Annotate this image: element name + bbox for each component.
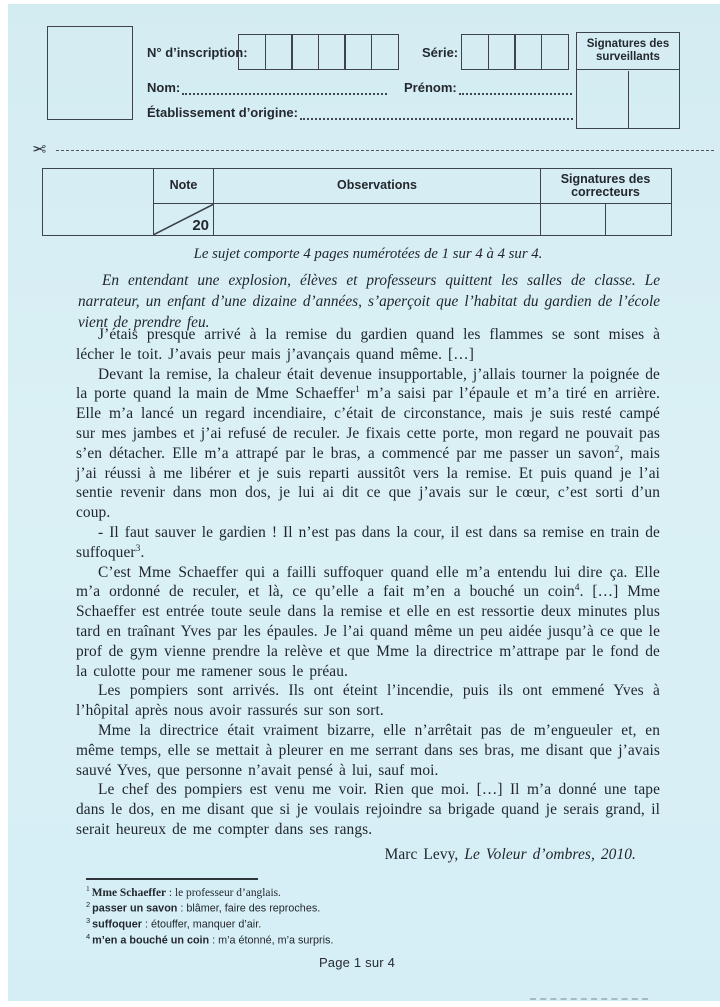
etablissement-fill-line xyxy=(300,106,573,120)
cut-dashed-line xyxy=(56,150,714,151)
correcteurs-header: Signatures des correcteurs xyxy=(540,169,671,203)
footnote-term: Mme Schaeffer xyxy=(92,887,166,899)
reading-passage: J’étais presque arrivé à la remise du ga… xyxy=(76,325,660,865)
note-max-value: 20 xyxy=(192,217,209,234)
inscription-number-boxes xyxy=(238,34,399,70)
form-box xyxy=(514,34,542,70)
footnote-number: 2 xyxy=(86,900,90,909)
observations-header: Observations xyxy=(214,169,540,203)
cut-line: ✂ xyxy=(32,140,714,160)
surveillants-title: Signatures des surveillants xyxy=(577,33,679,70)
note-score-cell: 20 xyxy=(153,204,214,235)
nom-label: Nom: xyxy=(147,80,180,95)
footnote-marker: 2 xyxy=(615,445,620,455)
footnote-number: 1 xyxy=(86,884,90,893)
passage-paragraph: Devant la remise, la chaleur était deven… xyxy=(76,365,660,523)
footnote-number: 4 xyxy=(86,932,90,941)
grading-table: Note Observations Signatures des correct… xyxy=(42,168,672,236)
paper-sheet: N° d’inscription: Série: Signatures des … xyxy=(8,4,720,1001)
form-box xyxy=(265,34,293,70)
page-number: Page 1 sur 4 xyxy=(8,955,706,970)
attribution-work: Le Voleur d’ombres, 2010. xyxy=(464,846,636,863)
form-box xyxy=(291,34,319,70)
form-box xyxy=(541,34,569,70)
footnote: 3suffoquer : étouffer, manquer d’air. xyxy=(86,916,646,931)
attribution-author: Marc Levy, xyxy=(385,846,465,863)
note-header: Note xyxy=(153,169,214,203)
footnotes: 1Mme Schaeffer : le professeur d’anglais… xyxy=(86,878,646,949)
correcteurs-cell-divider xyxy=(605,204,606,235)
footnote: 1Mme Schaeffer : le professeur d’anglais… xyxy=(86,884,646,899)
footnote: 2passer un savon : blâmer, faire des rep… xyxy=(86,900,646,915)
surveillants-cell-divider xyxy=(628,71,629,129)
table-line xyxy=(153,203,671,204)
scanned-exam-page: N° d’inscription: Série: Signatures des … xyxy=(0,0,720,1007)
pages-notice: Le sujet comporte 4 pages numérotées de … xyxy=(48,246,688,263)
footnote-number: 3 xyxy=(86,916,90,925)
scissors-icon: ✂ xyxy=(32,140,46,160)
form-box xyxy=(238,34,266,70)
serie-boxes xyxy=(461,34,569,70)
passage-paragraph: Le chef des pompiers est venu me voir. R… xyxy=(76,780,660,839)
attribution: Marc Levy, Le Voleur d’ombres, 2010. xyxy=(76,845,636,865)
form-box xyxy=(371,34,399,70)
passage-paragraphs: J’étais presque arrivé à la remise du ga… xyxy=(76,325,660,840)
form-box xyxy=(461,34,489,70)
footnote-marker: 4 xyxy=(575,583,580,593)
passage-paragraph: Mme la directrice était vraiment bizarre… xyxy=(76,721,660,780)
inscription-label: N° d’inscription: xyxy=(147,45,248,60)
footnote-term: suffoquer xyxy=(92,919,142,931)
passage-paragraph: C’est Mme Schaeffer qui a failli suffoqu… xyxy=(76,563,660,682)
etablissement-label: Établissement d’origine: xyxy=(147,105,298,120)
surveillants-cells xyxy=(577,71,679,129)
etablissement-row: Établissement d’origine: xyxy=(147,105,573,120)
footnote-term: passer un savon xyxy=(92,903,177,915)
footnote-term: m’en a bouché un coin xyxy=(92,935,209,947)
passage-paragraph: Les pompiers sont arrivés. Ils ont étein… xyxy=(76,681,660,721)
scan-artifact-line xyxy=(530,998,648,1000)
footnote-separator xyxy=(86,878,258,880)
form-box xyxy=(488,34,516,70)
nom-fill-line xyxy=(182,81,387,95)
prenom-fill-line xyxy=(459,81,572,95)
serie-label: Série: xyxy=(422,45,458,60)
passage-paragraph: J’étais presque arrivé à la remise du ga… xyxy=(76,325,660,365)
footnote-marker: 3 xyxy=(136,544,141,554)
footnote-list: 1Mme Schaeffer : le professeur d’anglais… xyxy=(86,884,646,947)
form-box xyxy=(318,34,346,70)
form-box xyxy=(344,34,372,70)
footnote: 4m’en a bouché un coin : m’a étonné, m’a… xyxy=(86,932,646,947)
intro-paragraph: En entendant une explosion, élèves et pr… xyxy=(78,270,660,333)
passage-paragraph: - Il faut sauver le gardien ! Il n’est p… xyxy=(76,523,660,563)
surveillants-signature-box: Signatures des surveillants xyxy=(576,32,680,129)
prenom-label: Prénom: xyxy=(404,80,457,95)
prenom-row: Prénom: xyxy=(404,80,572,95)
footnote-marker: 1 xyxy=(355,385,360,395)
nom-row: Nom: xyxy=(147,80,387,95)
candidate-photo-box xyxy=(47,26,133,120)
